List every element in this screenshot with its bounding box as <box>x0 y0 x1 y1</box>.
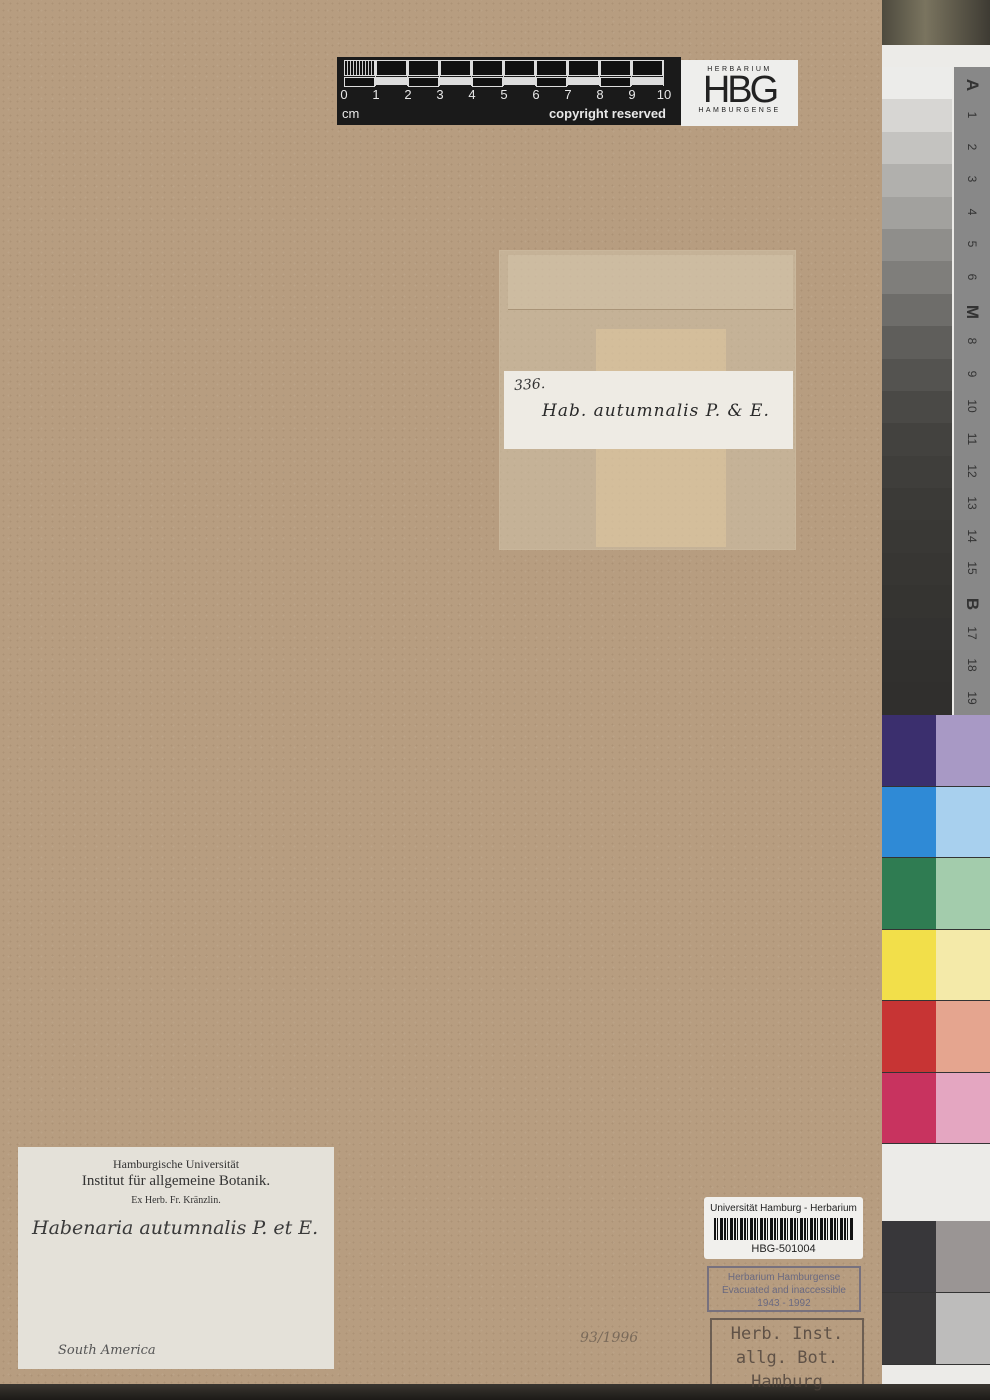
color-patch <box>936 787 990 859</box>
ruler-cm-segment <box>376 60 408 86</box>
stamp-line: Evacuated and inaccessible <box>709 1284 859 1297</box>
ruler-number: 9 <box>628 87 635 102</box>
gray-patch <box>936 1221 990 1293</box>
gray-step-label: 2 <box>965 129 979 165</box>
ruler-cm-segment <box>472 60 504 86</box>
packet-label-strip: 336. Hab. autumnalis P. & E. <box>504 371 793 449</box>
stamp-line: Hamburg <box>712 1370 862 1394</box>
logo-main-text: HBG <box>681 73 798 107</box>
gray-step-label: 3 <box>965 161 979 197</box>
color-patch <box>936 930 990 1002</box>
stamp-line: 1943 - 1992 <box>709 1297 859 1310</box>
gray-step-label: 11 <box>965 421 979 457</box>
gray-step-label: 13 <box>965 485 979 521</box>
gray-step <box>882 132 952 164</box>
color-patch <box>936 858 990 930</box>
gray-step-label: 5 <box>965 226 979 262</box>
gray-step <box>882 456 952 488</box>
gray-step <box>882 99 952 131</box>
packet-flap <box>508 255 793 310</box>
ruler-number: 2 <box>404 87 411 102</box>
evacuation-stamp: Herbarium Hamburgense Evacuated and inac… <box>707 1266 861 1312</box>
gray-step <box>882 261 952 293</box>
gray-step <box>882 682 952 714</box>
color-patch <box>936 1073 990 1145</box>
barcode-id: HBG-501004 <box>704 1243 863 1255</box>
ruler-number: 4 <box>468 87 475 102</box>
ruler-cm-segment <box>440 60 472 86</box>
color-patch <box>882 1073 936 1145</box>
gray-step-label: 17 <box>965 615 979 651</box>
herbarium-logo: HERBARIUM HBG HAMBURGENSE <box>681 60 798 126</box>
gray-step <box>882 618 952 650</box>
gray-step-label: 14 <box>965 518 979 554</box>
gray-step <box>882 520 952 552</box>
gray-patch <box>936 1293 990 1365</box>
gray-step <box>882 359 952 391</box>
label-university: Hamburgische Universität <box>18 1157 334 1172</box>
herbarium-label: Hamburgische Universität Institut für al… <box>18 1147 334 1369</box>
color-patch <box>882 1001 936 1073</box>
gray-step <box>882 650 952 682</box>
gray-step-label: 1 <box>965 97 979 133</box>
gray-step-label: 9 <box>965 356 979 392</box>
ruler-number: 7 <box>564 87 571 102</box>
gray-step-label: 19 <box>965 680 979 716</box>
ruler-number: 3 <box>436 87 443 102</box>
gray-step-label: 8 <box>965 323 979 359</box>
logo-bottom-text: HAMBURGENSE <box>681 107 798 114</box>
gray-scale-steps <box>882 67 952 715</box>
gray-step <box>882 229 952 261</box>
gray-step <box>882 326 952 358</box>
color-calibration-chart: A123456M89101112131415B171819 <box>882 45 990 1384</box>
cm-scale-ruler: 0 1 2 3 4 5 6 7 8 9 10 cm copyright rese… <box>337 57 681 125</box>
ruler-unit: cm <box>342 106 359 121</box>
ruler-cm-segment <box>632 60 664 86</box>
gray-patch <box>882 1293 936 1365</box>
gray-step-label: 6 <box>965 259 979 295</box>
ruler-number: 0 <box>340 87 347 102</box>
ruler-cm-segment <box>344 60 376 86</box>
accession-note: 93/1996 <box>580 1330 638 1346</box>
label-locality: South America <box>58 1343 156 1358</box>
color-patch <box>882 930 936 1002</box>
gray-step <box>882 197 952 229</box>
barcode-label: Universität Hamburg - Herbarium HBG-5010… <box>704 1197 863 1259</box>
gray-step <box>882 391 952 423</box>
gray-step <box>882 67 952 99</box>
ruler-cm-segment <box>600 60 632 86</box>
barcode-header: Universität Hamburg - Herbarium <box>704 1203 863 1214</box>
gray-patch <box>882 1221 936 1293</box>
gray-step <box>882 488 952 520</box>
packet-taxon-name: Hab. autumnalis P. & E. <box>542 401 770 421</box>
ruler-numbers: 0 1 2 3 4 5 6 7 8 9 10 <box>337 87 681 103</box>
copyright-text: copyright reserved <box>549 106 666 121</box>
ruler-number: 8 <box>596 87 603 102</box>
barcode-bars <box>714 1218 854 1240</box>
gray-step <box>882 294 952 326</box>
gray-step <box>882 423 952 455</box>
ruler-number: 6 <box>532 87 539 102</box>
label-taxon-name: Habenaria autumnalis P. et E. <box>32 1217 318 1239</box>
ruler-number: 1 <box>372 87 379 102</box>
color-patch <box>882 787 936 859</box>
stamp-line: Herb. Inst. allg. Bot. <box>712 1322 862 1370</box>
stamp-line: Herbarium Hamburgense <box>709 1271 859 1284</box>
gray-step-label: 15 <box>965 550 979 586</box>
gray-step-label: 10 <box>965 388 979 424</box>
color-patch <box>882 858 936 930</box>
color-patch <box>936 715 990 787</box>
ruler-cm-segment <box>504 60 536 86</box>
packet-number: 336. <box>513 376 545 394</box>
gray-step <box>882 164 952 196</box>
gray-step-label: 12 <box>965 453 979 489</box>
gray-step <box>882 553 952 585</box>
gray-step <box>882 585 952 617</box>
ruler-cm-segment <box>536 60 568 86</box>
scan-edge-shadow <box>882 0 990 45</box>
label-collection: Ex Herb. Fr. Kränzlin. <box>18 1195 334 1206</box>
label-institute: Institut für allgemeine Botanik. <box>18 1173 334 1190</box>
gray-step-label: 18 <box>965 647 979 683</box>
institute-stamp: Herb. Inst. allg. Bot. Hamburg <box>710 1318 864 1384</box>
specimen-packet: 336. Hab. autumnalis P. & E. <box>499 250 796 550</box>
gray-scale-labels: A123456M89101112131415B171819 <box>954 67 990 715</box>
ruler-cm-segment <box>408 60 440 86</box>
gray-step-label: 4 <box>965 194 979 230</box>
ruler-number: 5 <box>500 87 507 102</box>
color-patch <box>936 1001 990 1073</box>
ruler-ticks <box>342 60 666 86</box>
color-patch <box>882 715 936 787</box>
ruler-cm-segment <box>568 60 600 86</box>
ruler-number: 10 <box>657 87 671 102</box>
